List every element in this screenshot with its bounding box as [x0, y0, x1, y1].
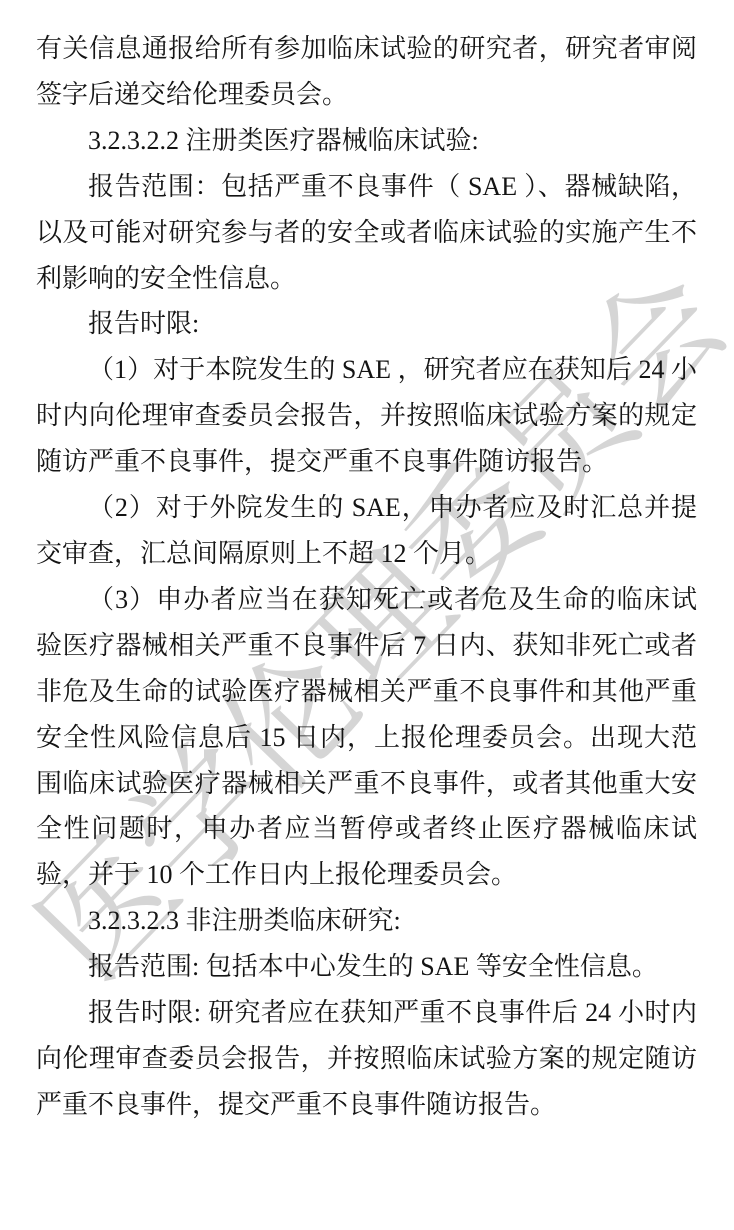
paragraph: 有关信息通报给所有参加临床试验的研究者，研究者审阅签字后递交给伦理委员会。	[36, 26, 697, 118]
document-content: 有关信息通报给所有参加临床试验的研究者，研究者审阅签字后递交给伦理委员会。3.2…	[0, 0, 734, 1128]
paragraph: （2）对于外院发生的 SAE，申办者应及时汇总并提交审查，汇总间隔原则上不超 1…	[36, 485, 697, 577]
paragraph: 报告范围: 包括本中心发生的 SAE 等安全性信息。	[36, 944, 697, 990]
document-page: 医学伦理委员会 有关信息通报给所有参加临床试验的研究者，研究者审阅签字后递交给伦…	[0, 0, 734, 1230]
paragraph: 报告范围：包括严重不良事件（ SAE ）、器械缺陷，以及可能对研究参与者的安全或…	[36, 164, 697, 302]
paragraph: 报告时限:	[36, 301, 697, 347]
paragraph: 3.2.3.2.3 非注册类临床研究:	[36, 898, 697, 944]
paragraph-list: 有关信息通报给所有参加临床试验的研究者，研究者审阅签字后递交给伦理委员会。3.2…	[36, 26, 697, 1128]
paragraph: 报告时限: 研究者应在获知严重不良事件后 24 小时内向伦理审查委员会报告，并按…	[36, 990, 697, 1128]
paragraph: （3）申办者应当在获知死亡或者危及生命的临床试验医疗器械相关严重不良事件后 7 …	[36, 577, 697, 898]
paragraph: （1）对于本院发生的 SAE ，研究者应在获知后 24 小时内向伦理审查委员会报…	[36, 347, 697, 485]
paragraph: 3.2.3.2.2 注册类医疗器械临床试验:	[36, 118, 697, 164]
